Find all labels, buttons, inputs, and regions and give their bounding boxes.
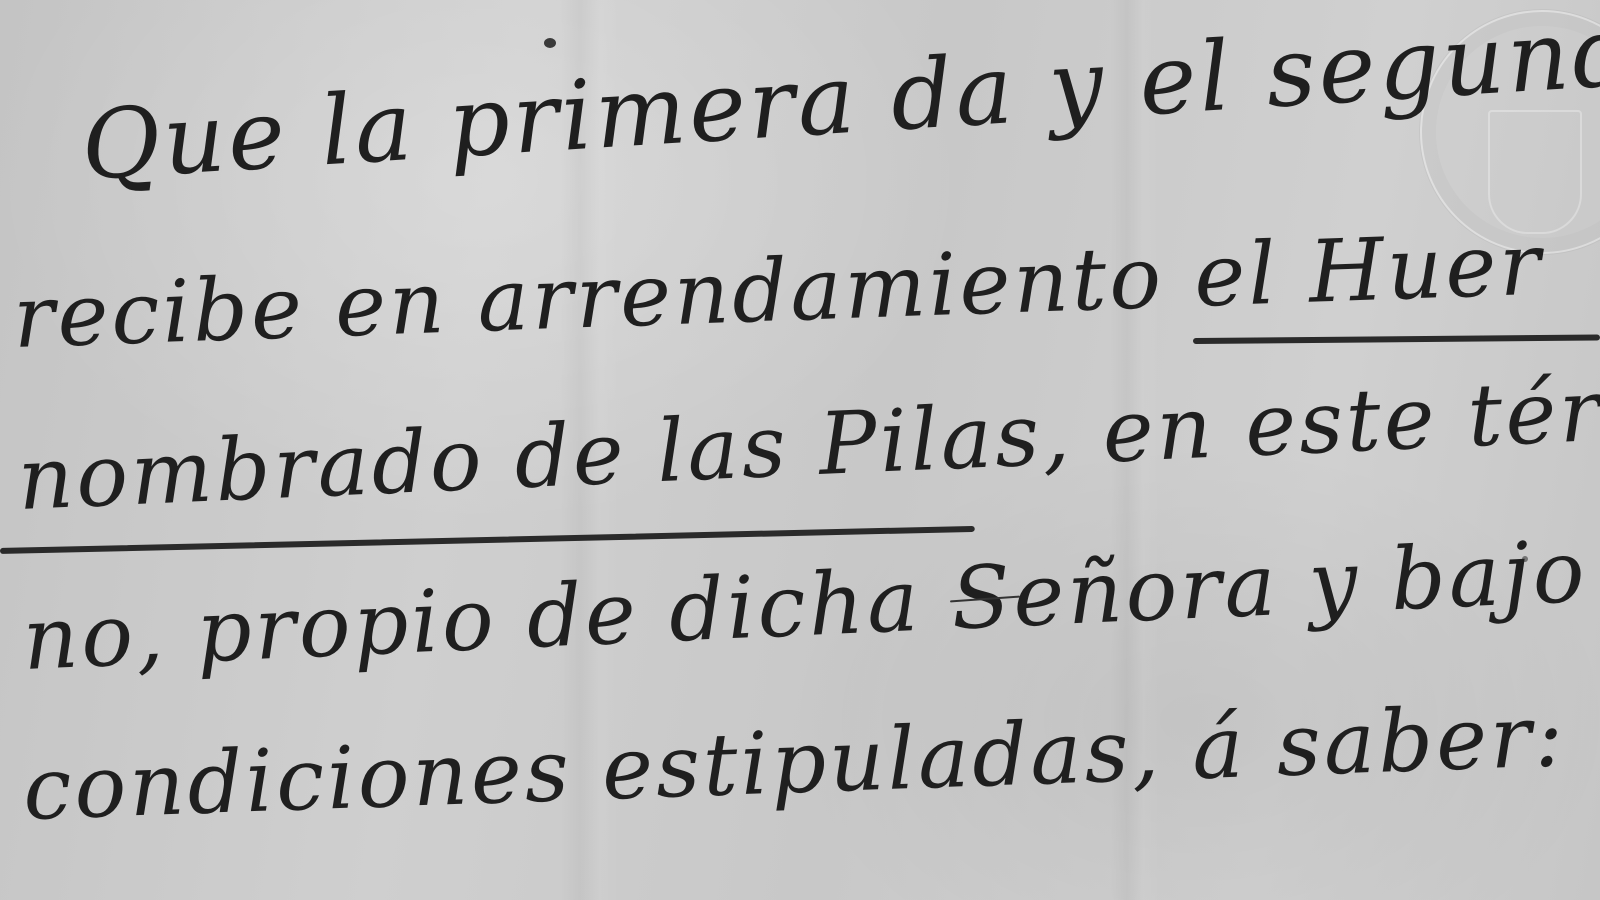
underline-nombrado-de-las-pilas (0, 526, 975, 554)
manuscript-line-1: Que la primera da y el segundo (78, 0, 1600, 202)
document-page: Que la primera da y el segundo recibe en… (0, 0, 1600, 900)
underline-huerto (1193, 334, 1600, 344)
manuscript-line-3: nombrado de las Pilas, en este tér (16, 361, 1600, 530)
manuscript-line-2: recibe en arrendamiento el Huer (12, 215, 1545, 368)
ink-speck (544, 38, 556, 48)
manuscript-line-5: condiciones estipuladas, á saber: (22, 686, 1568, 840)
